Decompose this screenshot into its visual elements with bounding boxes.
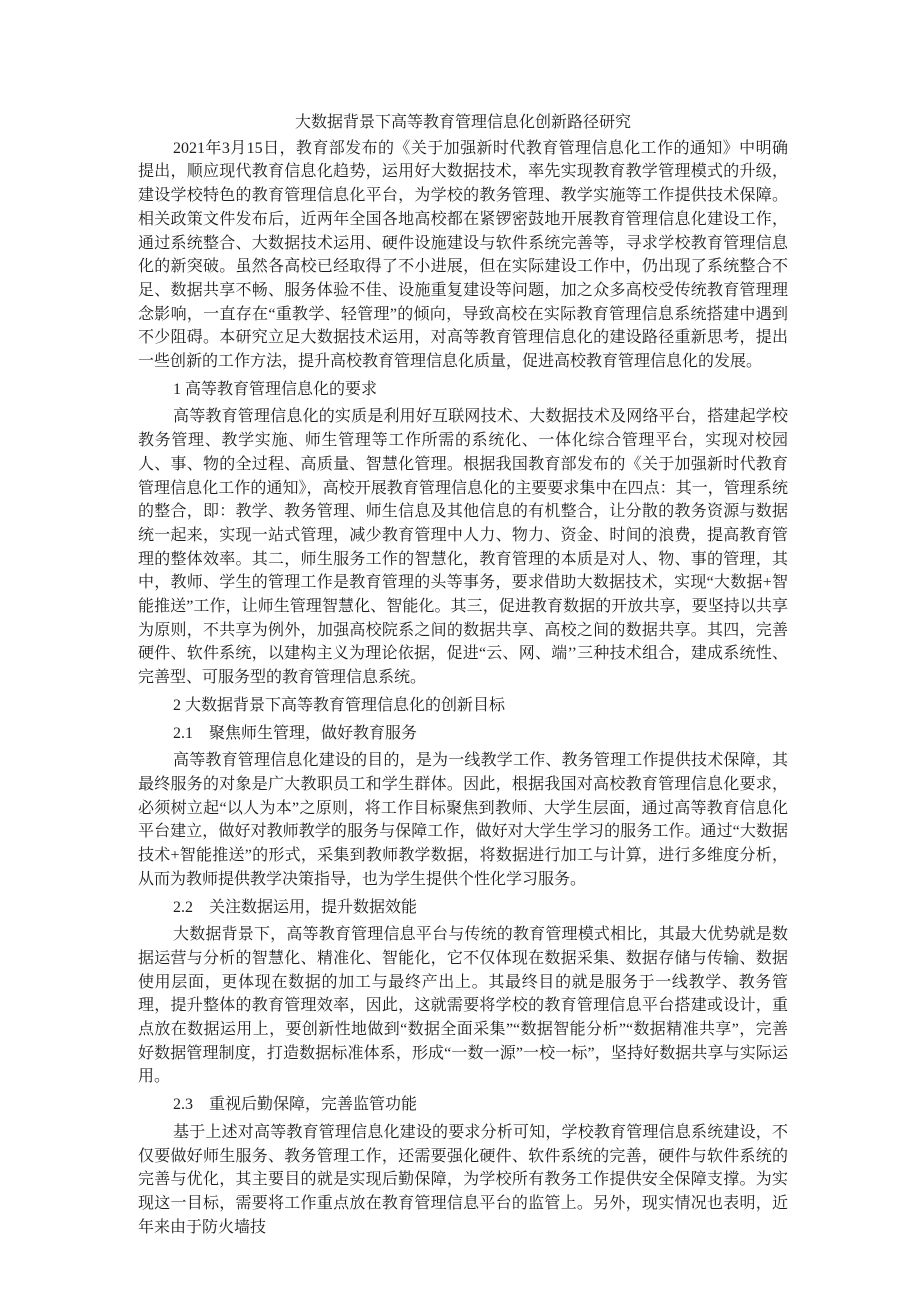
section-heading-2-2: 2.2 关注数据运用，提升数据效能: [138, 896, 788, 920]
doc-title: 大数据背景下高等教育管理信息化创新路径研究: [138, 111, 788, 135]
document-page: 大数据背景下高等教育管理信息化创新路径研究 2021年3月15日，教育部发布的《…: [0, 0, 920, 1301]
document-content: 大数据背景下高等教育管理信息化创新路径研究 2021年3月15日，教育部发布的《…: [138, 111, 788, 1239]
section-heading-2: 2 大数据背景下高等教育管理信息化的创新目标: [138, 694, 788, 718]
paragraph-intro: 2021年3月15日，教育部发布的《关于加强新时代教育管理信息化工作的通知》中明…: [138, 137, 788, 374]
section-heading-2-1: 2.1 聚焦师生管理，做好教育服务: [138, 722, 788, 746]
section-heading-1: 1 高等教育管理信息化的要求: [138, 378, 788, 402]
paragraph-section-2-3: 基于上述对高等教育管理信息化建设的要求分析可知，学校教育管理信息系统建设，不仅要…: [138, 1121, 788, 1240]
paragraph-section-2-1: 高等教育管理信息化建设的目的，是为一线教学工作、教务管理工作提供技术保障，其最终…: [138, 749, 788, 891]
paragraph-section-1: 高等教育管理信息化的实质是利用好互联网技术、大数据技术及网络平台，搭建起学校教务…: [138, 405, 788, 689]
section-heading-2-3: 2.3 重视后勤保障，完善监管功能: [138, 1093, 788, 1117]
paragraph-section-2-2: 大数据背景下，高等教育管理信息平台与传统的教育管理模式相比，其最大优势就是数据运…: [138, 923, 788, 1089]
